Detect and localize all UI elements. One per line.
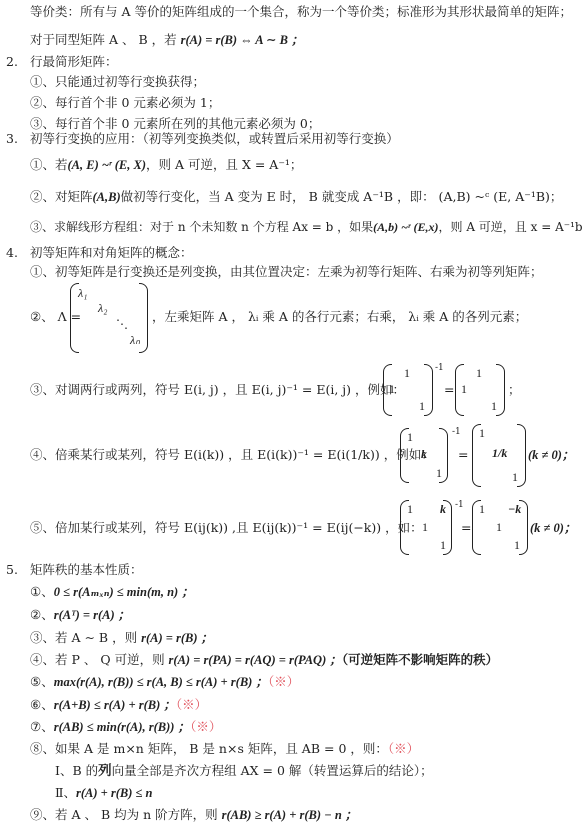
rank-property-9: ⑨、若 A 、 B 均为 n 阶方阵，则 r(AB) ≥ r(A) + r(B)… [30,807,357,823]
text: ，则 A 可逆，且 x = A⁻¹b； [439,220,584,234]
rank-property-6: ⑥、r(A+B) ≤ r(A) + r(B) ；（※） [30,697,207,713]
right-paren [139,283,148,353]
matrix-cell: 1 [491,399,497,414]
section-number: 4. [6,245,18,261]
list-item: ③、每行首个非 0 元素所在列的其他元素必须为 0； [30,116,320,132]
matrix-cell: λ₂ [98,301,107,316]
matrix-cell: 1 [419,399,425,414]
text: 若 A ∼ B ，则 [55,630,141,645]
matrix-cell: ⋱ [116,317,128,332]
text: 做初等行变化，当 A 变为 E 时， B 就变成 A⁻¹B ，即： (A,B) … [121,189,563,204]
matrix-cell: 1 [389,382,395,397]
list-item: ③、求解线形方程组：对于 n 个未知数 n 个方程 Ax = b ，如果(A,b… [30,219,584,235]
list-item: ①、若(A, E) ~ʳ (E, X)，则 A 可逆，且 X = A⁻¹； [30,157,302,173]
item-label: ③、 [30,630,55,645]
item-label: Ⅰ、 [55,763,72,778]
list-item: ①、初等矩阵是行变换还是列变换，由其位置决定：左乘为初等行矩阵、右乘为初等列矩阵… [30,264,543,280]
item-label: ⑧、 [30,741,55,756]
item-label: ⑤、 [30,674,54,689]
text: 若 P 、 Q 可逆，则 [55,652,169,667]
diagonal-description: ，左乘矩阵 A ， λᵢ 乘 A 的各行元素；右乘， λᵢ 乘 A 的各列元素； [152,309,527,325]
item-label: ⑥、 [30,697,54,712]
formula: max(r(A), r(B)) ≤ r(A, B) ≤ r(A) + r(B) … [54,675,268,689]
formula: 0 ≤ r(Aₘₓₙ) ≤ min(m, n) ； [54,585,194,599]
list-item: ②、对矩阵(A,B)做初等行变化，当 A 变为 E 时， B 就变成 A⁻¹B … [30,189,562,205]
formula: (A, E) ~ʳ (E, X) [68,158,147,172]
add-matrix-lhs: 1 k 1 1 [400,500,452,555]
important-mark: （※） [268,674,299,689]
formula: (A,b) ~ʳ (E,x) [373,220,438,234]
important-mark: （※） [388,741,419,756]
text: 对于同型矩阵 A 、 B ，若 [30,32,181,47]
matrix-cell: 1 [514,538,520,553]
same-shape-rank-line: 对于同型矩阵 A 、 B ，若 r(A) = r(B) ⇔ A ∼ B ； [30,32,304,48]
matrix-cell: 1 [461,382,467,397]
rank-property-3: ③、若 A ∼ B ，则 r(A) = r(B) ； [30,630,213,646]
text: ③、求解线形方程组：对于 n 个未知数 n 个方程 Ax = b ，如果 [30,220,373,234]
item-label: ⑨、 [30,807,55,822]
inverse-exponent: -1 [455,497,464,513]
diagonal-matrix: λ₁ λ₂ ⋱ λₙ [70,283,148,353]
matrix-cell: 1 [496,520,502,535]
add-matrix-rhs: 1 −k 1 1 [472,500,528,555]
matrix-cell: 1 [479,426,485,441]
item-label: ⑦、 [30,719,54,734]
equals-sign: = [461,520,471,536]
matrix-cell: λ₁ [78,286,87,301]
section-title: 初等行变换的应用：（初等列变换类似，或转置后采用初等行变换） [30,131,399,147]
text: 如果 A 是 m×n 矩阵， B 是 n×s 矩阵，且 AB = 0 ，则： [55,741,388,756]
item-label: ④、 [30,652,55,667]
rank-property-4: ④、若 P 、 Q 可逆，则 r(A) = r(PA) = r(AQ) = r(… [30,652,498,668]
formula: r(AB) ≥ r(A) + r(B) − n ； [222,808,358,822]
matrix-cell: 1/k [492,446,507,461]
matrix-cell: k [440,502,446,517]
swap-matrix-lhs: 1 1 1 [383,364,433,416]
equals-sign: = [444,382,454,398]
formula: r(A) = r(B) ； [141,631,213,645]
bold-emphasis: 列 [98,763,112,779]
item-label: ②、 [30,607,54,622]
formula: r(A) = r(PA) = r(AQ) = r(PAQ) ； [169,653,342,667]
important-mark: （※） [176,697,207,712]
matrix-cell: 1 [440,538,446,553]
formula: r(A+B) ≤ r(A) + r(B) ； [54,698,176,712]
scale-matrix-rhs: 1 1/k 1 [472,424,526,487]
matrix-cell: 1 [407,430,413,445]
scale-matrix-lhs: 1 k 1 [400,428,448,483]
text: 向量全部是齐次方程组 AX = 0 解（转置运算后的结论）； [112,763,433,778]
matrix-cell: −k [508,502,521,517]
text: ②、对矩阵 [30,189,93,204]
section-number: 3. [6,131,18,147]
matrix-cell: λₙ [130,333,140,348]
rank-property-1: ①、0 ≤ r(Aₘₓₙ) ≤ min(m, n) ； [30,584,194,600]
section-title: 行最简形矩阵： [30,54,118,70]
text: 若 A 、 B 均为 n 阶方阵，则 [55,807,222,822]
section-title: 初等矩阵和对角矩阵的概念： [30,245,193,261]
matrix-cell: 1 [422,520,428,535]
rank-property-8: ⑧、如果 A 是 m×n 矩阵， B 是 n×s 矩阵，且 AB = 0 ，则：… [30,741,419,757]
text: B 的 [72,763,98,778]
bold-note: （可逆矩阵不影响矩阵的秩） [342,652,498,667]
matrix-cell: 1 [512,470,518,485]
formula: r(AB) ≤ min(r(A), r(B)) ； [54,720,190,734]
swap-matrix-rhs: 1 1 1 [455,364,505,416]
equivalence-class-text: 等价类：所有与 A 等价的矩阵组成的一个集合，称为一个等价类；标准形为其形状最简… [30,4,572,20]
equals-sign: = [458,447,468,463]
item-label: ①、 [30,584,54,599]
rank-property-5: ⑤、max(r(A), r(B)) ≤ r(A, B) ≤ r(A) + r(B… [30,674,299,690]
scale-matrix-text: ④、倍乘某行或某列，符号 E(i(k)) ，且 E(i(k))⁻¹ = E(i(… [30,447,434,463]
item-label: Ⅱ、 [55,785,76,800]
matrix-cell: 1 [476,366,482,381]
matrix-cell: 1 [404,366,410,381]
rank-property-2: ②、r(Aᵀ) = r(A) ； [30,607,130,623]
matrix-cell: 1 [436,466,442,481]
matrix-cell: 1 [479,502,485,517]
formula: r(Aᵀ) = r(A) ； [54,608,131,622]
formula: r(A) = r(B) ⇔ A ∼ B ； [181,33,304,47]
formula: (A,B) [93,190,121,204]
rank-property-8-sub-2: Ⅱ、r(A) + r(B) ≤ n [55,785,153,801]
section-number: 2. [6,54,18,70]
condition: (k ≠ 0)； [528,447,574,463]
text: ①、若 [30,157,68,172]
list-item: ①、只能通过初等行变换获得； [30,74,205,90]
punctuation: ； [508,382,521,398]
section-number: 5. [6,562,18,578]
rank-property-7: ⑦、r(AB) ≤ min(r(A), r(B)) ；（※） [30,719,221,735]
add-matrix-text: ⑤、倍加某行或某列，符号 E(ij(k)) ,且 E(ij(k))⁻¹ = E(… [30,520,423,536]
rank-property-8-sub-1: Ⅰ、B 的列向量全部是齐次方程组 AX = 0 解（转置运算后的结论）； [55,763,433,779]
formula: r(A) + r(B) ≤ n [76,786,153,800]
swap-matrix-text: ③、对调两行或两列，符号 E(i, j) ，且 E(i, j)⁻¹ = E(i,… [30,382,405,398]
inverse-exponent: -1 [435,360,444,376]
list-item: ②、每行首个非 0 元素必须为 1； [30,95,220,111]
matrix-cell: k [421,447,427,462]
inverse-exponent: -1 [452,424,461,440]
matrix-cell: 1 [407,502,413,517]
important-mark: （※） [190,719,221,734]
section-title: 矩阵秩的基本性质： [30,562,143,578]
condition: (k ≠ 0)； [530,520,576,536]
text: ，则 A 可逆，且 X = A⁻¹； [146,157,302,172]
